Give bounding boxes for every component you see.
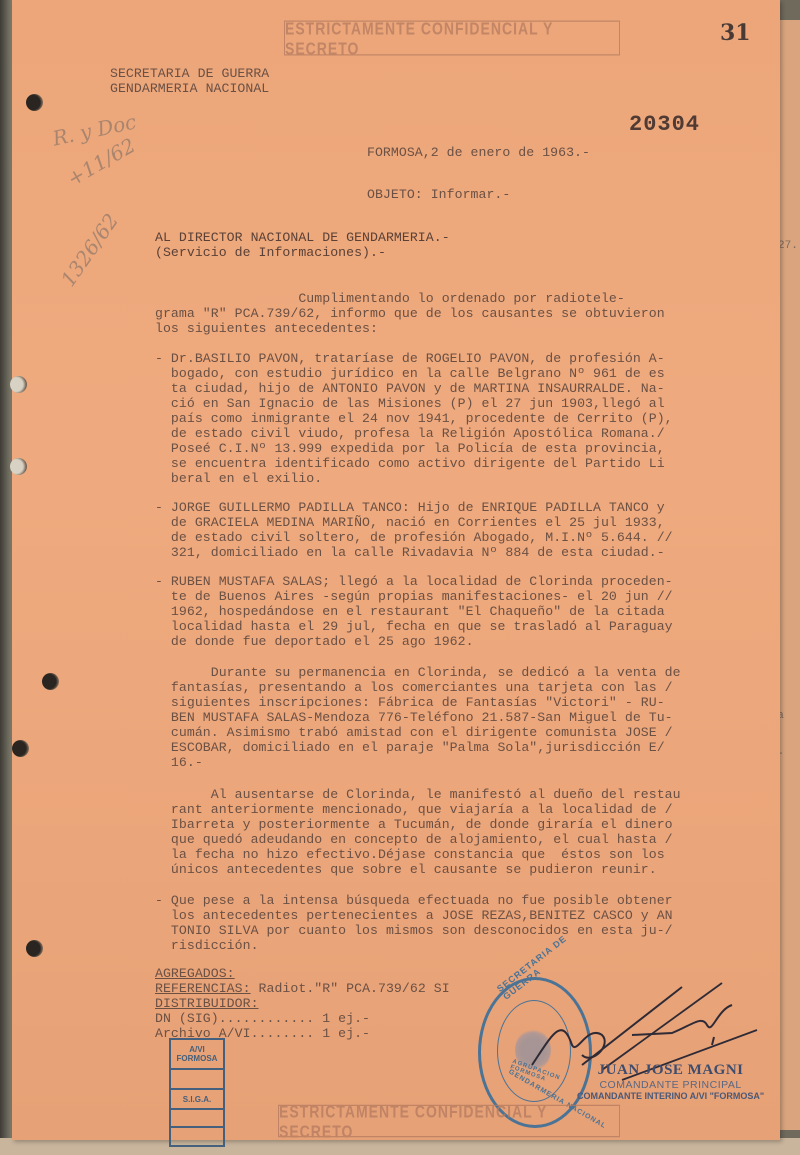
referencias-value: Radiot."R" PCA.739/62 SI: [251, 981, 450, 996]
signature-block: JUAN JOSE MAGNI COMANDANTE PRINCIPAL COM…: [577, 1062, 764, 1101]
text-line: de donde fue deportado el 25 ago 1962.: [155, 634, 474, 650]
distribution-line: DN (SIG)............ 1 ej.-: [155, 1011, 370, 1027]
text-line: 16.-: [155, 755, 203, 771]
folio-number: 31: [720, 20, 751, 46]
text-line: fantasías, presentando a los comerciante…: [155, 680, 673, 696]
text-line: rant anteriormente mencionado, que viaja…: [155, 802, 673, 818]
punch-hole: [42, 673, 59, 690]
classification-stamp-bottom: ESTRICTAMENTE CONFIDENCIAL Y SECRETO: [278, 1105, 620, 1138]
text-line: - Que pese a la intensa búsqueda efectua…: [155, 893, 673, 909]
text-line: país como inmigrante el 24 nov 1941, pro…: [155, 411, 673, 427]
routing-stamp-location: FORMOSA: [177, 1054, 218, 1063]
punch-hole: [10, 376, 27, 393]
text-line: grama "R" PCA.739/62, informo que de los…: [155, 306, 665, 322]
text-line: de estado civil soltero, de profesión Ab…: [155, 530, 673, 546]
text-line: bogado, con estudio jurídico en la calle…: [155, 366, 665, 382]
header-line-1: SECRETARIA DE GUERRA: [110, 66, 269, 82]
text-line: siguientes inscripciones: Fábrica de Fan…: [155, 695, 665, 711]
pencil-note: 1326/62: [56, 209, 123, 291]
classification-stamp-top: ESTRICTAMENTE CONFIDENCIAL Y SECRETO: [284, 21, 620, 56]
text-line: únicos antecedentes que sobre el causant…: [155, 862, 657, 878]
distribuidor-label: DISTRIBUIDOR:: [155, 996, 259, 1012]
referencias-line: REFERENCIAS: Radiot."R" PCA.739/62 SI: [155, 981, 450, 997]
text-line: ta ciudad, hijo de ANTONIO PAVON y de MA…: [155, 381, 665, 397]
document-number: 20304: [629, 112, 700, 137]
text-line: ESCOBAR, domiciliado en el paraje "Palma…: [155, 740, 665, 756]
text-line: de GRACIELA MEDINA MARIÑO, nació en Corr…: [155, 515, 665, 531]
text-line: cumán. Asimismo trabó amistad con el dir…: [155, 725, 673, 741]
header-line-2: GENDARMERIA NACIONAL: [110, 81, 269, 97]
punch-hole: [26, 940, 43, 957]
text-line: risdicción.: [155, 938, 259, 954]
text-line: que quedó adeudando en concepto de aloja…: [155, 832, 673, 848]
text-line: Durante su permanencia en Clorinda, se d…: [155, 665, 681, 681]
routing-stamp-office: S.I.G.A.: [183, 1095, 211, 1104]
routing-stamp: A/VI FORMOSA S.I.G.A.: [169, 1038, 225, 1147]
text-line: beral en el exilio.: [155, 471, 322, 487]
place-date: FORMOSA,2 de enero de 1963.-: [367, 145, 590, 161]
signatory-role: COMANDANTE INTERINO A/VI "FORMOSA": [577, 1091, 764, 1101]
addressee-line-2: (Servicio de Informaciones).-: [155, 245, 386, 261]
edge-fragment: 27.: [778, 240, 798, 252]
document-page: ESTRICTAMENTE CONFIDENCIAL Y SECRETO 31 …: [12, 0, 780, 1140]
text-line: ció en San Ignacio de las Misiones (P) e…: [155, 396, 665, 412]
text-line: de estado civil viudo, profesa la Religi…: [155, 426, 665, 442]
text-line: la fecha no hizo efectivo.Déjase constan…: [155, 847, 665, 863]
text-line: Poseé C.I.Nº 13.999 expedida por la Poli…: [155, 441, 665, 457]
routing-stamp-unit: A/VI: [189, 1045, 205, 1054]
text-line: Ibarreta y posteriormente a Tucumán, de …: [155, 817, 673, 833]
text-line: se encuentra identificado como activo di…: [155, 456, 665, 472]
text-line: los siguientes antecedentes:: [155, 321, 378, 337]
subject-line: OBJETO: Informar.-: [367, 187, 510, 203]
text-line: - RUBEN MUSTAFA SALAS; llegó a la locali…: [155, 574, 673, 590]
addressee-line-1: AL DIRECTOR NACIONAL DE GENDARMERIA.-: [155, 230, 450, 246]
text-line: Cumplimentando lo ordenado por radiotele…: [155, 291, 625, 307]
signatory-rank: COMANDANTE PRINCIPAL: [577, 1079, 764, 1091]
punch-hole: [12, 740, 29, 757]
referencias-label: REFERENCIAS:: [155, 981, 251, 996]
text-line: localidad hasta el 29 jul, fecha en que …: [155, 619, 673, 635]
text-line: - Dr.BASILIO PAVON, trataríase de ROGELI…: [155, 351, 665, 367]
text-line: te de Buenos Aires -según propias manife…: [155, 589, 673, 605]
punch-hole: [26, 94, 43, 111]
signatory-name: JUAN JOSE MAGNI: [577, 1062, 764, 1079]
punch-hole: [10, 458, 27, 475]
text-line: BEN MUSTAFA SALAS-Mendoza 776-Teléfono 2…: [155, 710, 673, 726]
text-line: 1962, hospedándose en el restaurant "El …: [155, 604, 665, 620]
agregados-label: AGREGADOS:: [155, 966, 235, 982]
text-line: Al ausentarse de Clorinda, le manifestó …: [155, 787, 681, 803]
text-line: 321, domiciliado en la calle Rivadavia N…: [155, 545, 665, 561]
text-line: - JORGE GUILLERMO PADILLA TANCO: Hijo de…: [155, 500, 665, 516]
